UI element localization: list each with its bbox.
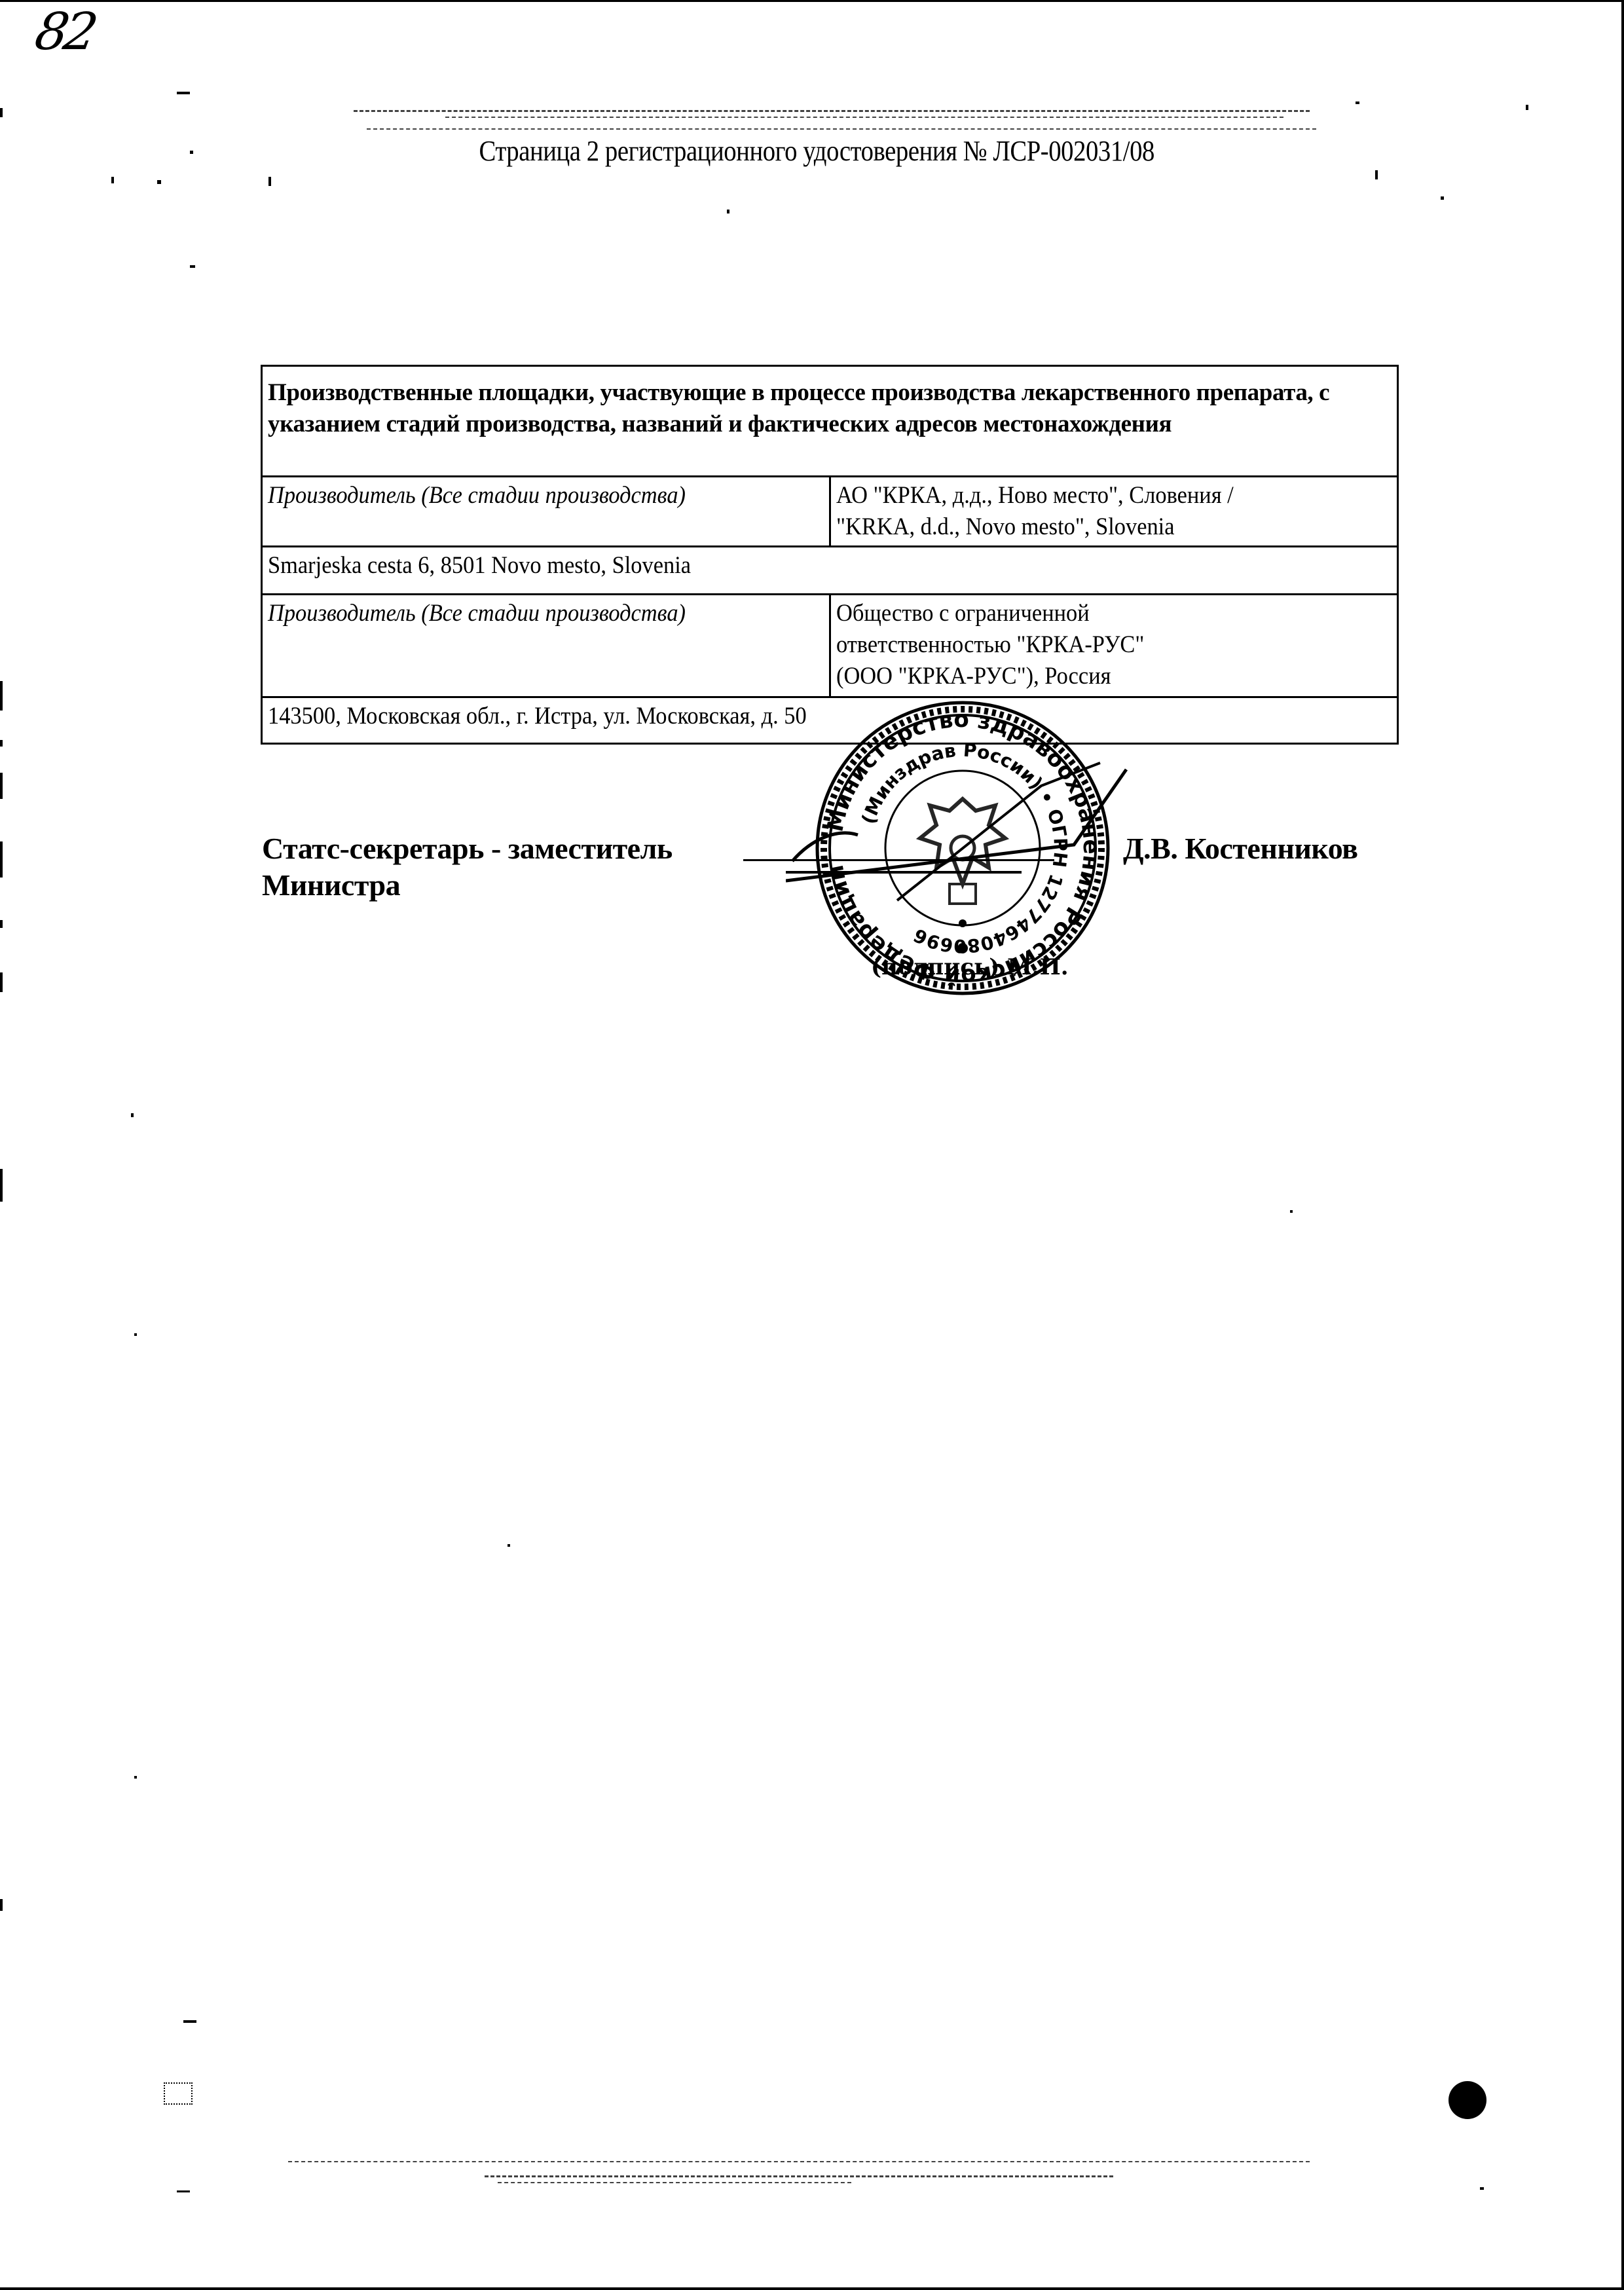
scan-edge-marks <box>0 0 4 2290</box>
signatory-title-line: Министра <box>262 867 673 904</box>
manufacturer-name-line: (ООО "КРКА-РУС"), Россия <box>836 661 1111 692</box>
scan-speck <box>157 180 161 184</box>
table-header-row: Производственные площадки, участвующие в… <box>262 366 1398 477</box>
manufacturer-name-line: "KRKA, d.d., Novo mesto", Slovenia <box>836 511 1175 543</box>
scan-speck <box>1441 196 1444 200</box>
scan-speck <box>190 265 195 268</box>
scan-speck <box>1480 2187 1484 2190</box>
production-stage-label: Производитель (Все стадии производства) <box>268 480 686 511</box>
manufacturer-name: АО "КРКА, д.д., Ново место", Словения / … <box>830 477 1398 547</box>
manufacturing-sites-table: Производственные площадки, участвующие в… <box>261 365 1399 745</box>
scan-speck <box>268 177 271 186</box>
scan-speck <box>1356 102 1359 104</box>
svg-text:(подпись) М.П.: (подпись) М.П. <box>871 954 1069 980</box>
scan-noise-top <box>354 110 1310 112</box>
scan-speck <box>727 210 729 213</box>
table-row: Производитель (Все стадии производства) … <box>262 595 1398 697</box>
manufacturer-address-text: Smarjeska cesta 6, 8501 Novo mesto, Slov… <box>268 550 691 582</box>
signatory-name: Д.В. Костенников <box>1123 830 1357 867</box>
scan-speck <box>1526 105 1528 110</box>
production-stage-label: Производитель (Все стадии производства) <box>268 598 686 629</box>
scan-noise-top-2 <box>445 117 1283 118</box>
manufacturer-address: Smarjeska cesta 6, 8501 Novo mesto, Slov… <box>262 547 1398 595</box>
official-stamp-icon: Министерство здравоохранения Российской … <box>786 701 1139 1002</box>
manufacturer-name: Общество с ограниченной ответственностью… <box>830 595 1398 697</box>
scan-speck <box>507 1544 510 1547</box>
manufacturer-name-line: Общество с ограниченной <box>836 598 1090 629</box>
manufacturer-name-line: ответственностью "КРКА-РУС" <box>836 629 1144 661</box>
production-stage: Производитель (Все стадии производства) <box>262 477 830 547</box>
page-border-top <box>0 0 1624 2</box>
punch-hole-mark <box>1449 2081 1486 2119</box>
manufacturer-address-text: 143500, Московская обл., г. Истра, ул. М… <box>268 701 807 732</box>
scan-speck <box>134 1776 137 1779</box>
scan-noise-bottom <box>288 2161 1310 2162</box>
signatory-title-line: Статс-секретарь - заместитель <box>262 830 673 867</box>
scan-noise-bottom-2 <box>485 2175 1113 2177</box>
scan-noise-bottom-3 <box>498 2182 851 2183</box>
scan-speck <box>111 177 114 183</box>
table-heading: Производственные площадки, участвующие в… <box>262 366 1398 477</box>
scan-speck <box>1290 1210 1293 1213</box>
table-row: Smarjeska cesta 6, 8501 Novo mesto, Slov… <box>262 547 1398 595</box>
scan-noise-top-3 <box>367 128 1316 130</box>
page-border-bottom <box>0 2287 1624 2290</box>
scan-speck <box>164 2082 193 2105</box>
scan-speck <box>177 92 190 94</box>
signatory-title: Статс-секретарь - заместитель Министра <box>262 830 673 904</box>
scan-speck <box>1375 170 1378 179</box>
page-title: Страница 2 регистрационного удостоверени… <box>102 134 1531 168</box>
table-row: Производитель (Все стадии производства) … <box>262 477 1398 547</box>
scan-speck <box>183 2020 196 2023</box>
manufacturer-name-line: АО "КРКА, д.д., Ново место", Словения / <box>836 480 1234 511</box>
production-stage: Производитель (Все стадии производства) <box>262 595 830 697</box>
scan-speck <box>131 1113 134 1117</box>
scan-speck <box>134 1333 137 1336</box>
handwritten-page-mark: 82 <box>31 7 98 58</box>
scan-speck <box>177 2190 190 2192</box>
page-border-right <box>1621 0 1624 2290</box>
